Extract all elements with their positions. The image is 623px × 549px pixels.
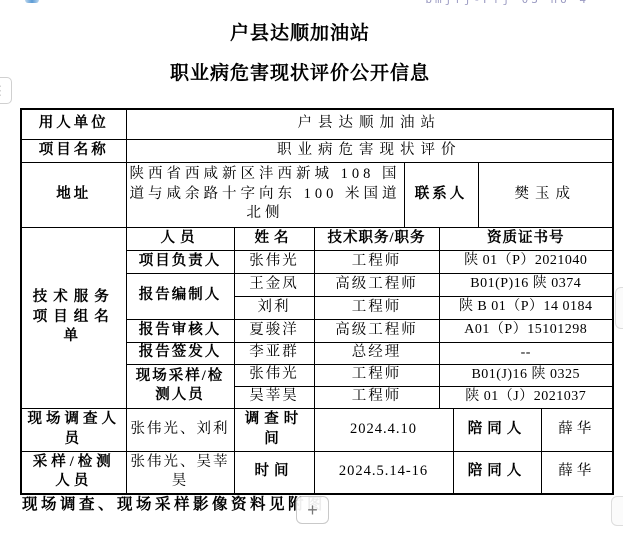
column-header-cert: 资质证书号 [439, 227, 613, 250]
page-subtitle: 职业病危害现状评价公开信息 [0, 58, 600, 85]
clipped-blue-icon [25, 0, 39, 3]
employer-label-cell: 用人单位 [21, 109, 126, 139]
project-label-cell: 项目名称 [21, 139, 126, 162]
survey-escort-label-cell: 陪同人 [453, 408, 541, 451]
personnel-cert: -- [439, 342, 613, 364]
tech-group-label-cell: 技术服务项目组名单 [21, 227, 126, 408]
contact-label-cell: 联系人 [404, 162, 478, 227]
plus-button[interactable]: + [296, 496, 329, 524]
page-title: 户县达顺加油站 [0, 18, 600, 45]
personnel-title: 工程师 [314, 250, 439, 273]
survey-label-cell: 现场调查人员 [21, 408, 126, 451]
sampling-time-value-cell: 2024.5.14-16 [314, 451, 453, 494]
personnel-cert: 陕 01（J）2021037 [439, 386, 613, 408]
sampling-label-cell: 采样/检测人员 [21, 451, 126, 494]
personnel-role: 现场采样/检测人员 [126, 364, 234, 408]
survey-time-label-cell: 调查时间 [234, 408, 314, 451]
personnel-role: 报告签发人 [126, 342, 234, 364]
sampling-escort-value-cell: 薛华 [541, 451, 613, 494]
contact-value-cell: 樊玉成 [478, 162, 613, 227]
survey-escort-value-cell: 薛华 [541, 408, 613, 451]
personnel-cert: B01(J)16 陕 0325 [439, 364, 613, 386]
survey-row: 现场调查人员 张伟光、刘利 调查时间 2024.4.10 陪同人 薛华 [21, 408, 613, 451]
sampling-escort-label-cell: 陪同人 [453, 451, 541, 494]
floating-widget-bottom-right[interactable] [611, 496, 623, 526]
public-info-table: 用人单位 户县达顺加油站 项目名称 职业病危害现状评价 地址 陕西省西咸新区沣西… [20, 108, 614, 495]
survey-people-cell: 张伟光、刘利 [126, 408, 234, 451]
project-value-cell: 职业病危害现状评价 [126, 139, 613, 162]
personnel-name: 王金凤 [234, 273, 314, 296]
personnel-cert: 陕 B 01（P）14 0184 [439, 296, 613, 319]
personnel-name: 李亚群 [234, 342, 314, 364]
personnel-name: 张伟光 [234, 250, 314, 273]
column-header-name: 姓名 [234, 227, 314, 250]
floating-widget-right[interactable] [615, 287, 623, 329]
column-header-person: 人员 [126, 227, 234, 250]
personnel-name: 张伟光 [234, 364, 314, 386]
personnel-title: 工程师 [314, 386, 439, 408]
personnel-cert: B01(P)16 陕 0374 [439, 273, 613, 296]
corner-watermark-text: bmjfj-Pfj 03 ho 4 [425, 0, 589, 6]
personnel-cert: A01（P）15101298 [439, 319, 613, 342]
personnel-title: 工程师 [314, 364, 439, 386]
personnel-name: 吴莘昊 [234, 386, 314, 408]
personnel-title: 高级工程师 [314, 273, 439, 296]
personnel-title: 总经理 [314, 342, 439, 364]
sampling-time-label-cell: 时间 [234, 451, 314, 494]
address-value-cell: 陕西省西咸新区沣西新城 108 国道与咸余路十字向东 100 米国道北侧 [126, 162, 404, 227]
personnel-role: 报告编制人 [126, 273, 234, 319]
personnel-title: 高级工程师 [314, 319, 439, 342]
personnel-name: 刘利 [234, 296, 314, 319]
column-header-title: 技术职务/职务 [314, 227, 439, 250]
personnel-title: 工程师 [314, 296, 439, 319]
sampling-row: 采样/检测人员 张伟光、吴莘昊 时间 2024.5.14-16 陪同人 薛华 [21, 451, 613, 494]
personnel-role: 报告审核人 [126, 319, 234, 342]
personnel-name: 夏骏洋 [234, 319, 314, 342]
document-page: bmjfj-Pfj 03 ho 4 ⋮ 户县达顺加油站 职业病危害现状评价公开信… [0, 0, 623, 549]
footer-note: 现场调查、现场采样影像资料见附图 [22, 492, 326, 514]
employer-value-cell: 户县达顺加油站 [126, 109, 613, 139]
sampling-people-cell: 张伟光、吴莘昊 [126, 451, 234, 494]
personnel-role: 项目负责人 [126, 250, 234, 273]
personnel-cert: 陕 01（P）2021040 [439, 250, 613, 273]
survey-time-value-cell: 2024.4.10 [314, 408, 453, 451]
address-label-cell: 地址 [21, 162, 126, 227]
